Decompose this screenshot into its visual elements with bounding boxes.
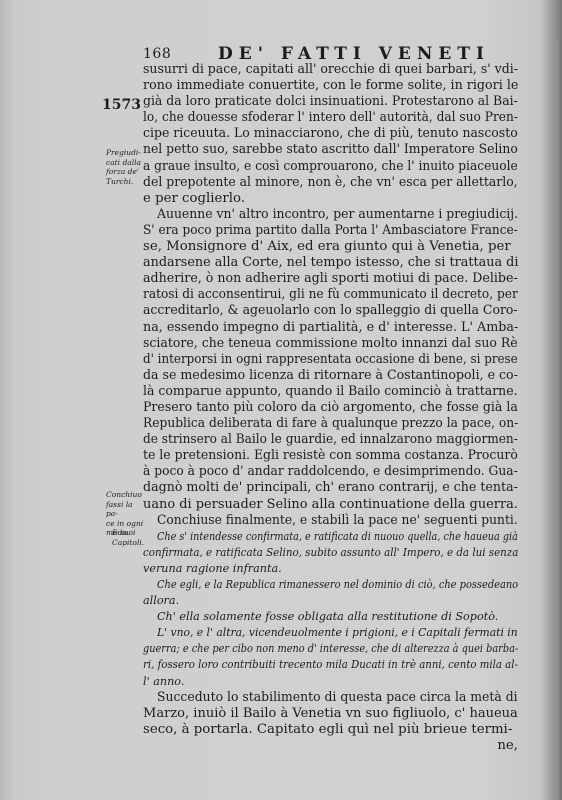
text-line: Succeduto lo stabilimento di questa pace…: [143, 690, 518, 706]
text-line: nel petto suo, sarebbe stato ascritto da…: [143, 142, 518, 158]
text-line: a graue insulto, e così comprouarono, ch…: [143, 159, 518, 175]
text-line: adherire, ò non adherire agli sporti mot…: [143, 271, 518, 287]
margin-note-line: Conchiuo: [106, 490, 146, 500]
text-line: da se medesimo licenza di ritornare à Co…: [143, 368, 518, 384]
page-edge-shadow: [556, 40, 562, 800]
text-line: Che egli, e la Republica rimanessero nel…: [143, 577, 518, 593]
margin-note-line: Turchi.: [106, 177, 146, 187]
text-line: na, essendo impegno di partialità, e d' …: [143, 320, 518, 336]
body-text: susurri di pace, capitati all' orecchie …: [143, 62, 518, 754]
text-line: ri, fossero loro contribuiti trecento mi…: [143, 657, 518, 673]
margin-year: 1573: [102, 97, 141, 113]
text-line: d' interporsi in ogni rappresentata occa…: [143, 352, 518, 368]
running-title: DE' FATTI VENETI: [218, 44, 490, 64]
text-line: Conchiuse finalmente, e stabilì la pace …: [143, 513, 518, 529]
text-line: e per coglierlo.: [143, 191, 518, 207]
text-line: cipe riceuuta. Lo minacciarono, che di p…: [143, 126, 518, 142]
text-line: andarsene alla Corte, nel tempo istesso,…: [143, 255, 518, 271]
text-line: L' vno, e l' altra, vicendeuolmente i pr…: [143, 625, 518, 641]
scanned-page: 168 DE' FATTI VENETI 1573 Pregiudi- cati…: [0, 0, 562, 800]
text-line: rono immediate conuertite, con le forme …: [143, 78, 518, 94]
text-line: l' anno.: [143, 674, 518, 690]
margin-note-line: cati dalla: [106, 158, 146, 168]
text-line: guerra; e che per cibo non meno d' inter…: [143, 641, 518, 657]
text-line: Presero tanto più coloro da ciò argoment…: [143, 400, 518, 416]
text-line: S' era poco prima partito dalla Porta l'…: [143, 223, 518, 239]
text-line: del prepotente al minore, non è, che vn'…: [143, 175, 518, 191]
text-line: allora.: [143, 593, 518, 609]
text-line: veruna ragione infranta.: [143, 561, 518, 577]
text-line: accreditarlo, & ageuolarlo con lo spalle…: [143, 303, 518, 319]
text-line: Auuenne vn' altro incontro, per aumentar…: [143, 207, 518, 223]
text-line: lo, che douesse sfoderar l' intero dell'…: [143, 110, 518, 126]
margin-note-line: forza de': [106, 167, 146, 177]
text-line: seco, à portarla. Capitato egli quì nel …: [143, 722, 518, 738]
margin-note-line: fassi la pa-: [106, 500, 146, 519]
text-line: susurri di pace, capitati all' orecchie …: [143, 62, 518, 78]
page-number: 168: [143, 46, 171, 62]
text-line: se, Monsignore d' Aix, ed era giunto qui…: [143, 239, 518, 255]
text-line: uano di persuader Selino alla continuati…: [143, 497, 518, 513]
text-line: Che s' intendesse confirmata, e ratifica…: [143, 529, 518, 545]
text-line: confirmata, e ratificata Selino, subito …: [143, 545, 518, 561]
margin-note-line: ce in ogni: [106, 519, 146, 529]
text-line: te le pretensioni. Egli resistè con somm…: [143, 448, 518, 464]
text-line: à poco à poco d' andar raddolcendo, e de…: [143, 464, 518, 480]
text-line: sciatore, che teneua commissione molto i…: [143, 336, 518, 352]
text-line: ratosi di acconsentirui, gli ne fù commu…: [143, 287, 518, 303]
page-header: 168 DE' FATTI VENETI: [143, 44, 533, 64]
text-line: là comparue appunto, quando il Bailo com…: [143, 384, 518, 400]
text-line: de strinsero al Bailo le guardie, ed inn…: [143, 432, 518, 448]
text-line: Ch' ella solamente fosse obligata alla r…: [143, 609, 518, 625]
margin-note-line: Pregiudi-: [106, 148, 146, 158]
text-line: Republica deliberata di fare à qualunque…: [143, 416, 518, 432]
text-line: già da loro praticate dolci insinuationi…: [143, 94, 518, 110]
text-line: Marzo, inuiò il Bailo à Venetia vn suo f…: [143, 706, 518, 722]
text-line: ne,: [143, 738, 518, 754]
text-line: dagnò molti de' principali, ch' erano co…: [143, 480, 518, 496]
margin-note-prejudice: Pregiudi- cati dalla forza de' Turchi.: [106, 148, 146, 186]
